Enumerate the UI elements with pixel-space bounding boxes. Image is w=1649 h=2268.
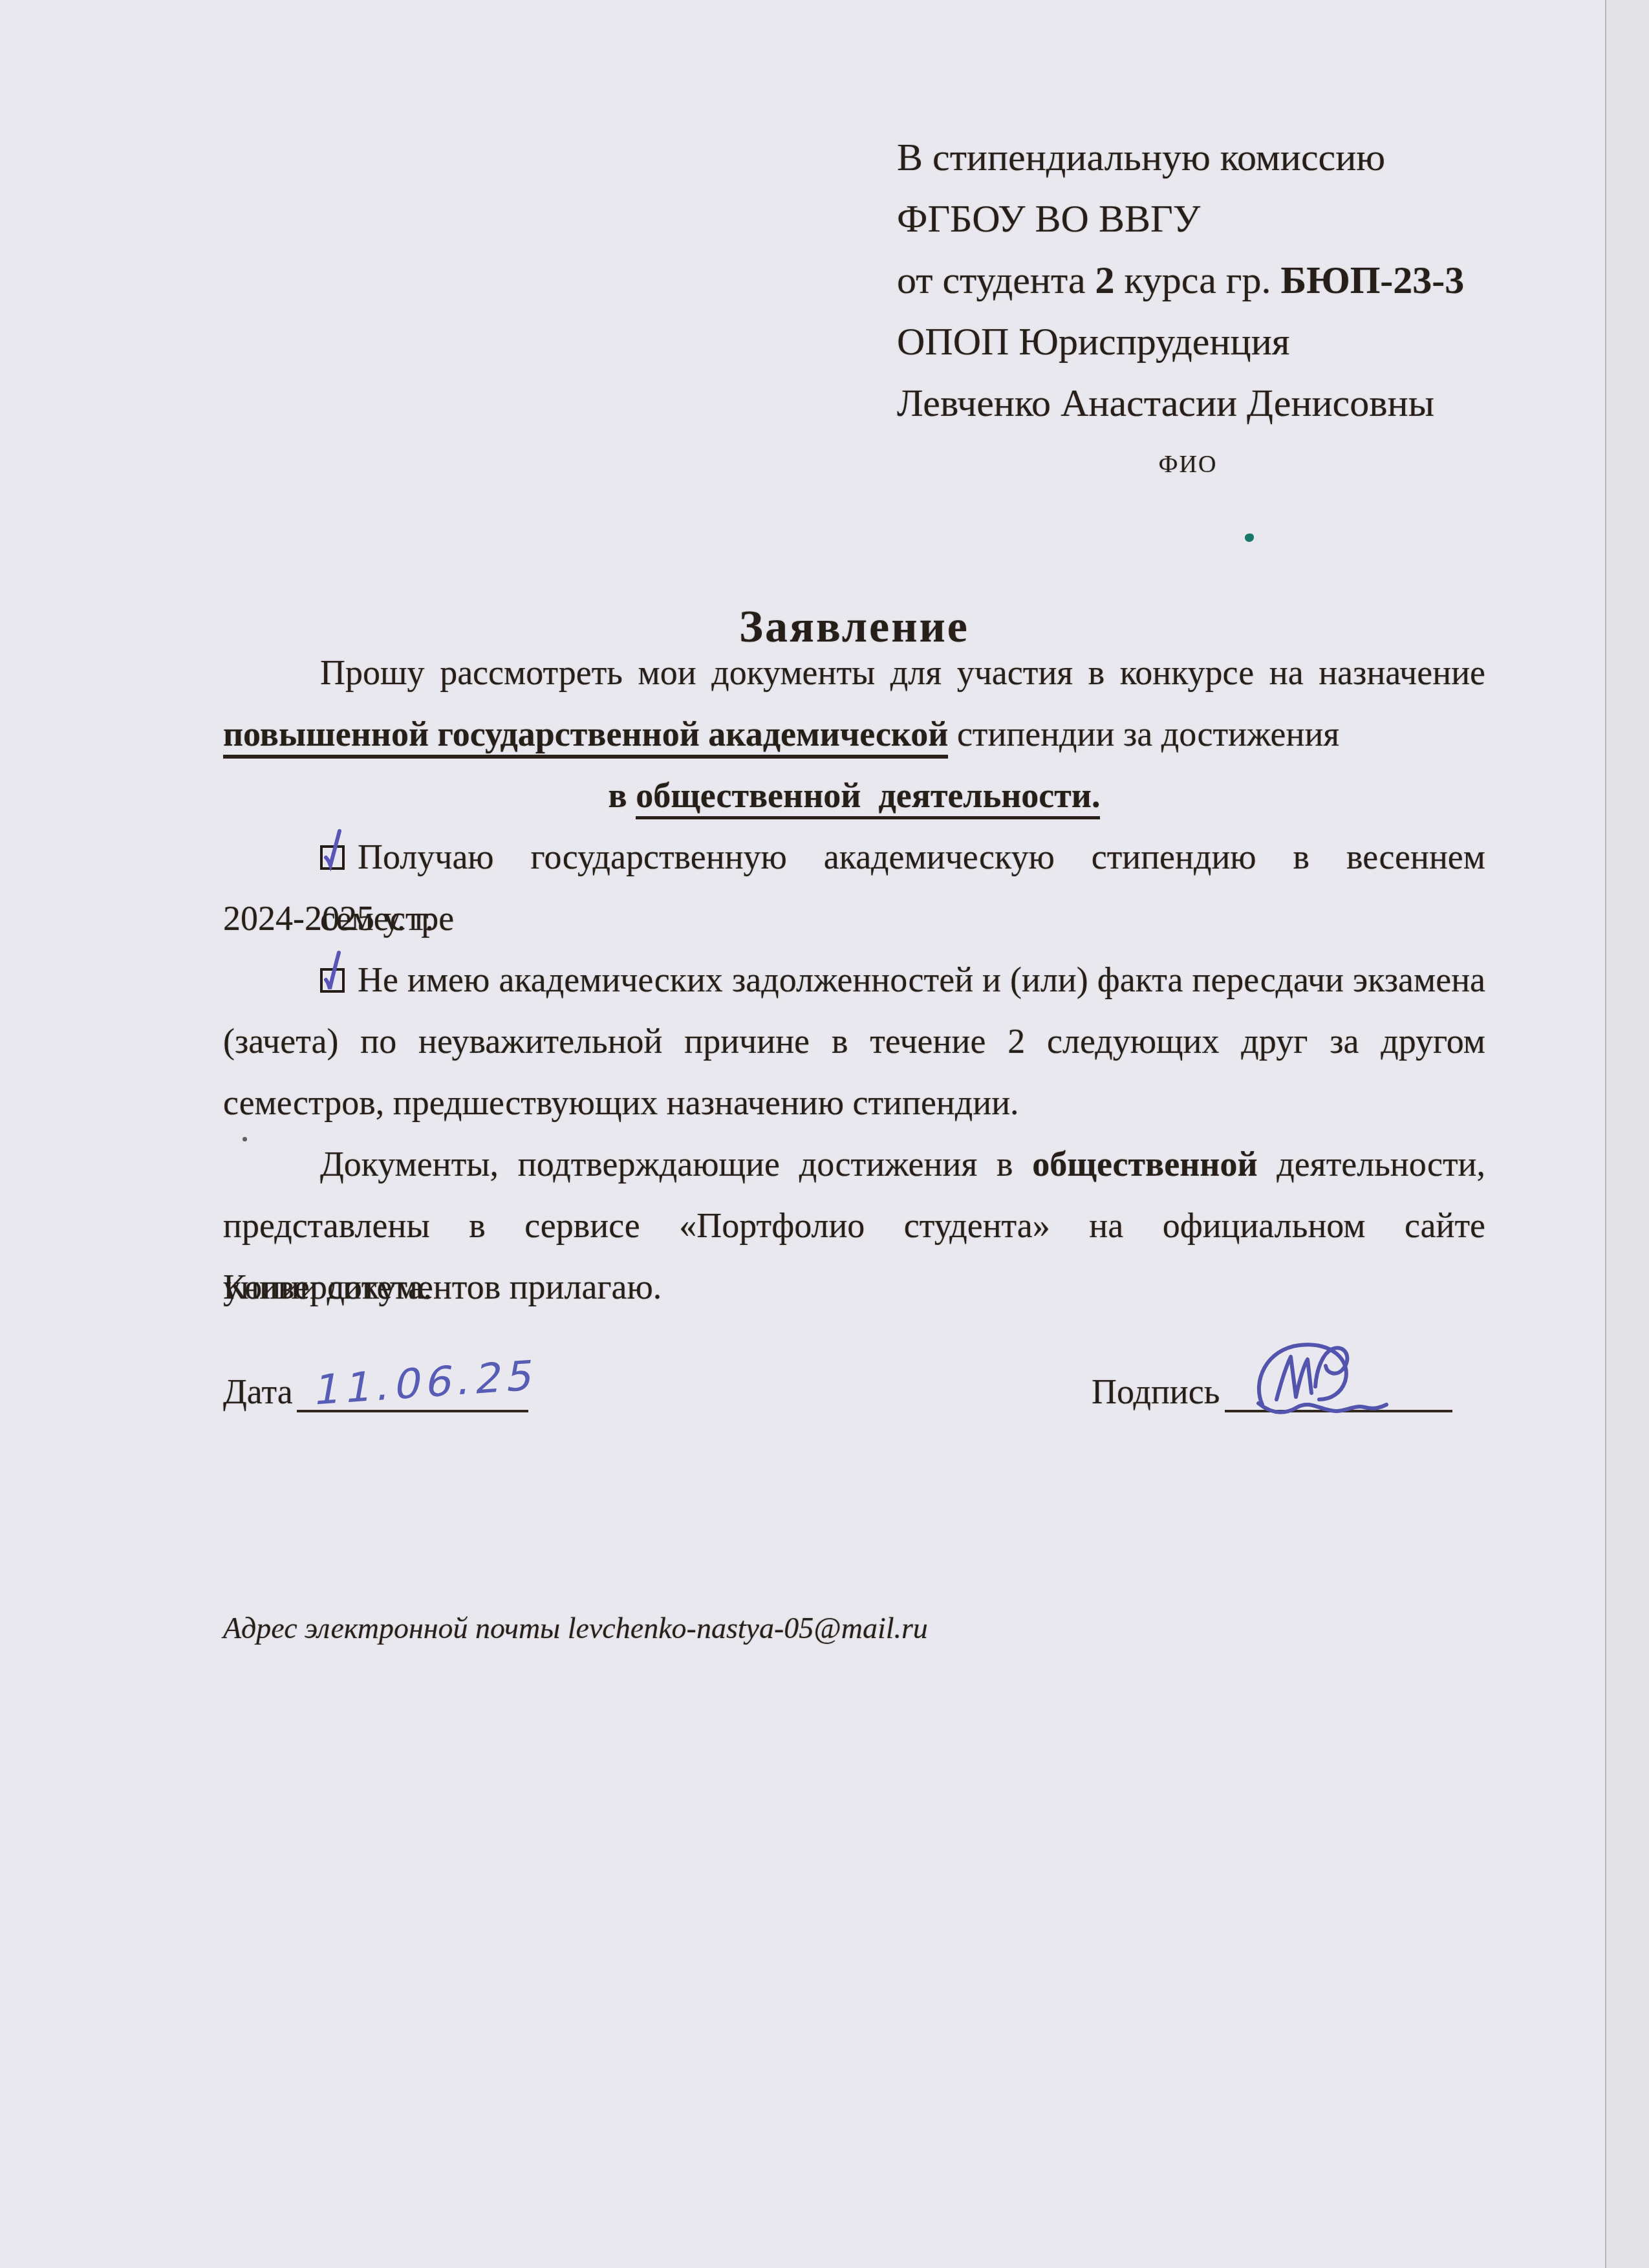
recipient-line-program: ОПОП Юриспруденция: [897, 311, 1518, 373]
recipient-block: В стипендиальную комиссию ФГБОУ ВО ВВГУ …: [897, 127, 1518, 495]
checkbox-checked-icon: [320, 845, 345, 870]
checkbox-item-2: Не имею академических задолженностей и (…: [223, 949, 1485, 1011]
activity-line-pre: в: [609, 776, 636, 815]
date-blank-line: 11.06.25: [297, 1365, 528, 1412]
checkbox2-line2: (зачета) по неуважительной причине в теч…: [223, 1011, 1485, 1072]
paragraph1-line2: повышенной государственной академической…: [223, 704, 1485, 765]
paragraph1-line3: в общественной деятельности.: [223, 765, 1485, 826]
emphasized-activity-word: общественной: [1032, 1145, 1257, 1183]
emphasized-activity-type: общественной деятельности.: [636, 776, 1100, 819]
date-field-group: Дата11.06.25: [223, 1361, 528, 1423]
paragraph1-line2-rest: стипендии за достижения: [948, 715, 1339, 753]
handwritten-date: 11.06.25: [310, 1352, 542, 1415]
paragraph3-line3: Копии документов прилагаю.: [223, 1257, 1485, 1318]
checkbox-checked-icon: [320, 968, 345, 993]
student-line-mid: курса гр.: [1115, 259, 1281, 301]
scanner-paper-edge: [1605, 0, 1649, 2268]
recipient-line-university: ФГБОУ ВО ВВГУ: [897, 188, 1518, 250]
email-footer: Адрес электронной почты levchenko-nastya…: [223, 1597, 1193, 1659]
checkbox-item-1: Получаю государственную академическую ст…: [223, 826, 1485, 888]
emphasized-scholarship-type: повышенной государственной академической: [223, 715, 948, 759]
handwritten-signature-scribble: [1243, 1336, 1424, 1440]
fio-caption: ФИО: [897, 434, 1479, 495]
signature-label: Подпись: [1092, 1372, 1220, 1411]
paragraph3-line1-post: деятельности,: [1258, 1145, 1485, 1183]
ink-speck: [1245, 534, 1254, 542]
paragraph1-line1: Прошу рассмотреть мои документы для учас…: [223, 642, 1485, 704]
student-group-code: БЮП-23-3: [1280, 259, 1464, 301]
signature-field-group: Подпись: [1092, 1361, 1452, 1423]
paragraph3-line1-pre: Документы, подтверждающие достижения в: [320, 1145, 1032, 1183]
checkbox2-text: Не имею академических задолженностей и (…: [358, 960, 1485, 999]
scanned-application-document: В стипендиальную комиссию ФГБОУ ВО ВВГУ …: [0, 0, 1649, 2268]
signature-blank-line: [1225, 1365, 1452, 1412]
recipient-line-commission: В стипендиальную комиссию: [897, 127, 1518, 188]
paper-speck: [242, 1137, 247, 1141]
paragraph3-line1: Документы, подтверждающие достижения в о…: [223, 1134, 1485, 1195]
student-line-pre: от студента: [897, 259, 1095, 301]
recipient-line-student: от студента 2 курса гр. БЮП-23-3: [897, 250, 1518, 311]
student-full-name: Левченко Анастасии Денисовны: [897, 373, 1518, 434]
document-body: Прошу рассмотреть мои документы для учас…: [223, 642, 1485, 1318]
checkbox2-line3: семестров, предшествующих назначению сти…: [223, 1072, 1485, 1134]
date-label: Дата: [223, 1372, 293, 1411]
checkbox1-line2: 2024-2025 у. г.: [223, 888, 1485, 949]
student-course-number: 2: [1095, 259, 1115, 301]
paragraph3-line2: представлены в сервисе «Портфолио студен…: [223, 1195, 1485, 1257]
